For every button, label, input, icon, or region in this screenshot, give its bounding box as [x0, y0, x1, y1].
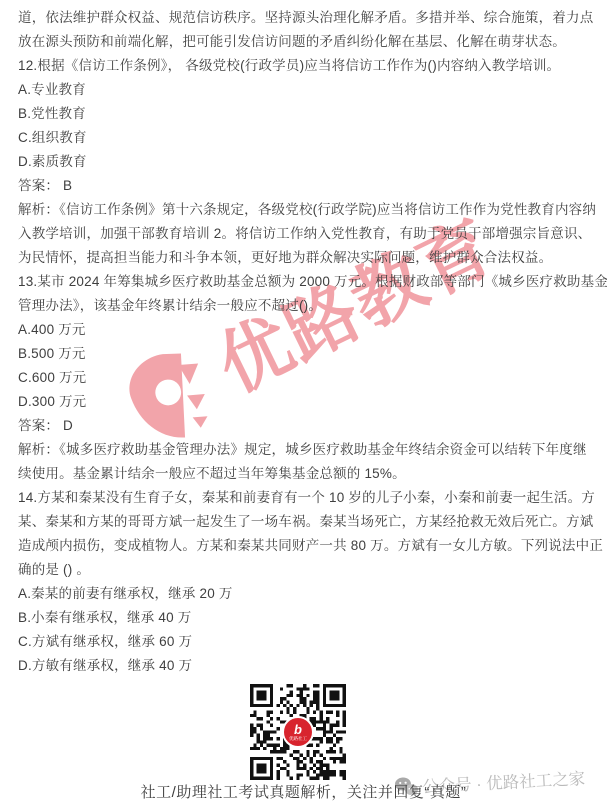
paragraph-line: 道，依法维护群众权益、规范信访秩序。坚持源头治理化解矛盾。多措并举、综合施策，着…	[18, 6, 596, 30]
option-line: C.方斌有继承权，继承 60 万	[18, 630, 596, 654]
answer-line: 答案： B	[18, 174, 596, 198]
option-line: A.秦某的前妻有继承权，继承 20 万	[18, 582, 596, 606]
qr-center-logo: b 优路社工	[282, 716, 314, 748]
explanation-line: 解析：《信访工作条例》第十六条规定，各级党校(行政学院)应当将信访工作作为党性教…	[18, 198, 596, 222]
qr-logo-glyph: b	[294, 723, 302, 736]
option-line: D.素质教育	[18, 150, 596, 174]
qr-logo-label: 优路社工	[289, 736, 307, 741]
option-line: B.500 万元	[18, 342, 596, 366]
question-line: 13.某市 2024 年筹集城乡医疗救助基金总额为 2000 万元。根据财政部等…	[18, 270, 596, 294]
answer-line: 答案： D	[18, 414, 596, 438]
explanation-line: 续使用。基金累计结余一般应不超过当年筹集基金总额的 15%。	[18, 462, 596, 486]
option-line: A.专业教育	[18, 78, 596, 102]
document-lines: 道，依法维护群众权益、规范信访秩序。坚持源头治理化解矛盾。多措并举、综合施策，着…	[18, 6, 596, 678]
page: { "watermark": { "text": "优路教育", "color"…	[0, 0, 607, 812]
question-line: 管理办法》，该基金年终累计结余一般应不超过()。	[18, 294, 596, 318]
option-line: B.党性教育	[18, 102, 596, 126]
question-line: 12.根据《信访工作条例》， 各级党校(行政学员)应当将信访工作作为()内容纳入…	[18, 54, 596, 78]
option-line: B.小秦有继承权，继承 40 万	[18, 606, 596, 630]
option-line: D.方敏有继承权，继承 40 万	[18, 654, 596, 678]
option-line: C.600 万元	[18, 366, 596, 390]
option-line: A.400 万元	[18, 318, 596, 342]
qr-code: b 优路社工	[250, 684, 346, 780]
option-line: D.300 万元	[18, 390, 596, 414]
option-line: C.组织教育	[18, 126, 596, 150]
explanation-line: 解析：《城多医疗救助基金管理办法》规定，城乡医疗救助基金年终结余资金可以结转下年…	[18, 438, 596, 462]
question-line: 14.方某和秦某没有生育子女，秦某和前妻育有一个 10 岁的儿子小秦，小秦和前妻…	[18, 486, 596, 510]
explanation-line: 入教学培训，加强干部教育培训 2。将信访工作纳入党性教育，有助于党员干部增强宗旨…	[18, 222, 596, 246]
footer-caption: 社工/助理社工考试真题解析，关注并回复“真题”	[0, 781, 607, 802]
question-line: 某、秦某和方某的哥哥方斌一起发生了一场车祸。秦某当场死亡，方某经抢救无效后死亡。…	[18, 510, 596, 534]
paragraph-line: 放在源头预防和前端化解，把可能引发信访问题的矛盾纠纷化解在基层、化解在萌芽状态。	[18, 30, 596, 54]
question-line: 确的是 () 。	[18, 558, 596, 582]
question-line: 造成颅内损伤，变成植物人。方某和秦某共同财产一共 80 万。方斌有一女儿方敏。下…	[18, 534, 596, 558]
explanation-line: 为民情怀，提高担当能力和斗争本领，更好地为群众解决实际问题，维护群众合法权益。	[18, 246, 596, 270]
